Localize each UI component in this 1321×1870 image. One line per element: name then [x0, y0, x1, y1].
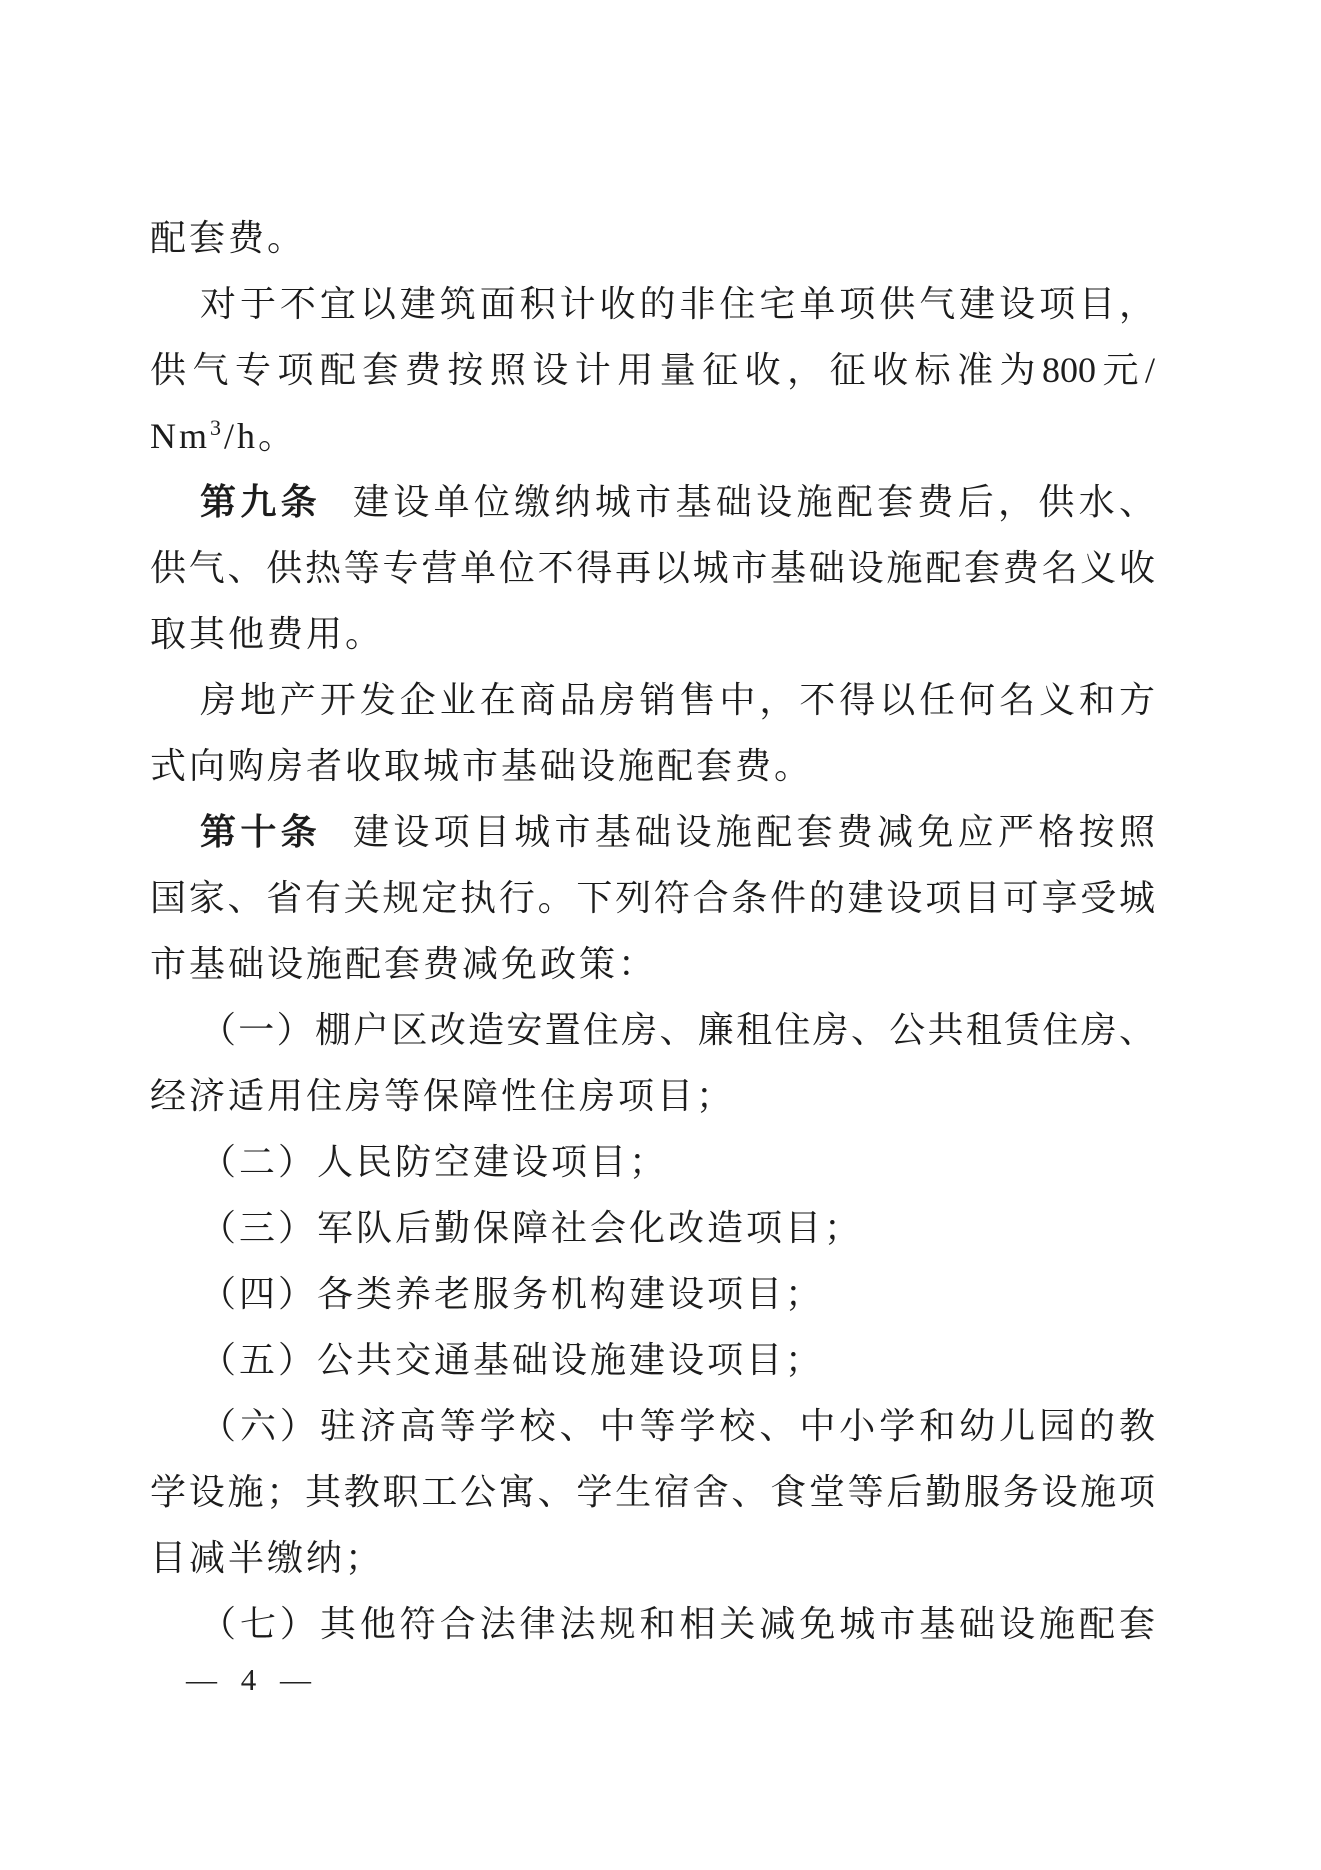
- text-line: 对于不宜以建筑面积计收的非住宅单项供气建设项目，: [150, 271, 1155, 337]
- text-line: 第九条建设单位缴纳城市基础设施配套费后，供水、: [150, 469, 1155, 535]
- article-number-label: 第十条: [200, 811, 321, 852]
- page-number: — 4 —: [186, 1660, 311, 1700]
- line-text: 房地产开发企业在商品房销售中，不得以任何名义和方: [200, 680, 1155, 720]
- line-text: 供气专项配套费按照设计用量征收，征收标准为800元/: [150, 350, 1155, 390]
- document-page: 配套费。 对于不宜以建筑面积计收的非住宅单项供气建设项目， 供气专项配套费按照设…: [0, 0, 1321, 1870]
- text-line: （七）其他符合法律法规和相关减免城市基础设施配套: [150, 1591, 1155, 1657]
- line-text: （一）棚户区改造安置住房、廉租住房、公共租赁住房、: [200, 1010, 1155, 1050]
- line-text: 市基础设施配套费减免政策：: [150, 944, 657, 984]
- formula-superscript: 3: [210, 415, 224, 440]
- text-line: 第十条建设项目城市基础设施配套费减免应严格按照: [150, 799, 1155, 865]
- line-text: （三）军队后勤保障社会化改造项目；: [200, 1208, 863, 1248]
- text-line: （五）公共交通基础设施建设项目；: [150, 1327, 1155, 1393]
- text-line-formula: Nm3/h。: [150, 403, 1155, 469]
- text-line: 经济适用住房等保障性住房项目；: [150, 1063, 1155, 1129]
- line-text: 配套费。: [150, 218, 306, 258]
- line-text: 国家、省有关规定执行。下列符合条件的建设项目可享受城: [150, 878, 1155, 918]
- article-number-label: 第九条: [200, 481, 321, 522]
- text-line: （六）驻济高等学校、中等学校、中小学和幼儿园的教: [150, 1393, 1155, 1459]
- line-text: 学设施；其教职工公寓、学生宿舍、食堂等后勤服务设施项: [150, 1472, 1155, 1512]
- line-text: （四）各类养老服务机构建设项目；: [200, 1274, 824, 1314]
- line-text: 对于不宜以建筑面积计收的非住宅单项供气建设项目，: [200, 284, 1155, 324]
- text-line: （二）人民防空建设项目；: [150, 1129, 1155, 1195]
- formula-base: Nm: [150, 416, 210, 456]
- line-text: （二）人民防空建设项目；: [200, 1142, 668, 1182]
- line-text: 供气、供热等专营单位不得再以城市基础设施配套费名义收: [150, 548, 1155, 588]
- line-text: （五）公共交通基础设施建设项目；: [200, 1340, 824, 1380]
- text-line: 配套费。: [150, 205, 1155, 271]
- text-line: （三）军队后勤保障社会化改造项目；: [150, 1195, 1155, 1261]
- line-text: 目减半缴纳；: [150, 1538, 384, 1578]
- line-text: 建设单位缴纳城市基础设施配套费后，供水、: [353, 482, 1155, 522]
- text-line: 供气、供热等专营单位不得再以城市基础设施配套费名义收: [150, 535, 1155, 601]
- text-line: 式向购房者收取城市基础设施配套费。: [150, 733, 1155, 799]
- formula-unit: /h。: [224, 416, 297, 456]
- text-line: 房地产开发企业在商品房销售中，不得以任何名义和方: [150, 667, 1155, 733]
- line-text: 取其他费用。: [150, 614, 384, 654]
- line-text: 建设项目城市基础设施配套费减免应严格按照: [353, 812, 1155, 852]
- text-line: 国家、省有关规定执行。下列符合条件的建设项目可享受城: [150, 865, 1155, 931]
- text-line: 市基础设施配套费减免政策：: [150, 931, 1155, 997]
- text-line: 取其他费用。: [150, 601, 1155, 667]
- text-line: 目减半缴纳；: [150, 1525, 1155, 1591]
- line-text: 式向购房者收取城市基础设施配套费。: [150, 746, 813, 786]
- text-line: 供气专项配套费按照设计用量征收，征收标准为800元/: [150, 337, 1155, 403]
- text-line: （一）棚户区改造安置住房、廉租住房、公共租赁住房、: [150, 997, 1155, 1063]
- text-line: （四）各类养老服务机构建设项目；: [150, 1261, 1155, 1327]
- document-text-block: 配套费。 对于不宜以建筑面积计收的非住宅单项供气建设项目， 供气专项配套费按照设…: [150, 205, 1155, 1657]
- text-line: 学设施；其教职工公寓、学生宿舍、食堂等后勤服务设施项: [150, 1459, 1155, 1525]
- line-text: （六）驻济高等学校、中等学校、中小学和幼儿园的教: [200, 1406, 1155, 1446]
- line-text: （七）其他符合法律法规和相关减免城市基础设施配套: [200, 1604, 1155, 1644]
- line-text: 经济适用住房等保障性住房项目；: [150, 1076, 735, 1116]
